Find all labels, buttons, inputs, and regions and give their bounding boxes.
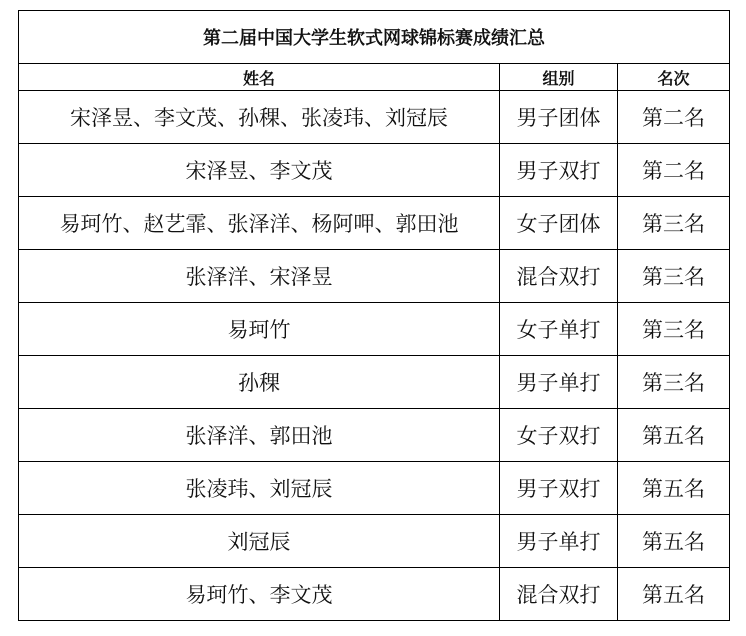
cell-group: 女子单打: [500, 303, 618, 356]
cell-rank: 第五名: [618, 462, 730, 515]
cell-rank: 第三名: [618, 303, 730, 356]
table-row: 易珂竹、李文茂 混合双打 第五名: [19, 568, 730, 621]
cell-group: 女子团体: [500, 197, 618, 250]
header-row: 姓名 组别 名次: [19, 64, 730, 91]
cell-rank: 第二名: [618, 91, 730, 144]
cell-group: 男子双打: [500, 144, 618, 197]
table-row: 宋泽昱、李文茂、孙稞、张凌玮、刘冠辰 男子团体 第二名: [19, 91, 730, 144]
cell-names: 宋泽昱、李文茂: [19, 144, 500, 197]
header-name: 姓名: [19, 64, 500, 91]
cell-names: 孙稞: [19, 356, 500, 409]
table-row: 张泽洋、宋泽昱 混合双打 第三名: [19, 250, 730, 303]
cell-rank: 第五名: [618, 568, 730, 621]
table-title: 第二届中国大学生软式网球锦标赛成绩汇总: [19, 11, 730, 64]
cell-group: 混合双打: [500, 250, 618, 303]
table-row: 宋泽昱、李文茂 男子双打 第二名: [19, 144, 730, 197]
cell-group: 男子双打: [500, 462, 618, 515]
cell-group: 男子单打: [500, 356, 618, 409]
cell-rank: 第二名: [618, 144, 730, 197]
table-row: 孙稞 男子单打 第三名: [19, 356, 730, 409]
cell-group: 混合双打: [500, 568, 618, 621]
cell-rank: 第五名: [618, 515, 730, 568]
cell-names: 张泽洋、宋泽昱: [19, 250, 500, 303]
cell-rank: 第三名: [618, 197, 730, 250]
header-group: 组别: [500, 64, 618, 91]
cell-rank: 第五名: [618, 409, 730, 462]
cell-names: 易珂竹、赵艺霏、张泽洋、杨阿呷、郭田池: [19, 197, 500, 250]
table-row: 张泽洋、郭田池 女子双打 第五名: [19, 409, 730, 462]
table-row: 易珂竹 女子单打 第三名: [19, 303, 730, 356]
header-rank: 名次: [618, 64, 730, 91]
cell-names: 易珂竹: [19, 303, 500, 356]
cell-group: 女子双打: [500, 409, 618, 462]
title-row: 第二届中国大学生软式网球锦标赛成绩汇总: [19, 11, 730, 64]
cell-rank: 第三名: [618, 356, 730, 409]
cell-names: 刘冠辰: [19, 515, 500, 568]
cell-group: 男子团体: [500, 91, 618, 144]
cell-group: 男子单打: [500, 515, 618, 568]
cell-rank: 第三名: [618, 250, 730, 303]
results-table: 第二届中国大学生软式网球锦标赛成绩汇总 姓名 组别 名次 宋泽昱、李文茂、孙稞、…: [18, 10, 730, 621]
table-row: 张凌玮、刘冠辰 男子双打 第五名: [19, 462, 730, 515]
cell-names: 张凌玮、刘冠辰: [19, 462, 500, 515]
table-row: 刘冠辰 男子单打 第五名: [19, 515, 730, 568]
cell-names: 宋泽昱、李文茂、孙稞、张凌玮、刘冠辰: [19, 91, 500, 144]
cell-names: 张泽洋、郭田池: [19, 409, 500, 462]
table-row: 易珂竹、赵艺霏、张泽洋、杨阿呷、郭田池 女子团体 第三名: [19, 197, 730, 250]
cell-names: 易珂竹、李文茂: [19, 568, 500, 621]
